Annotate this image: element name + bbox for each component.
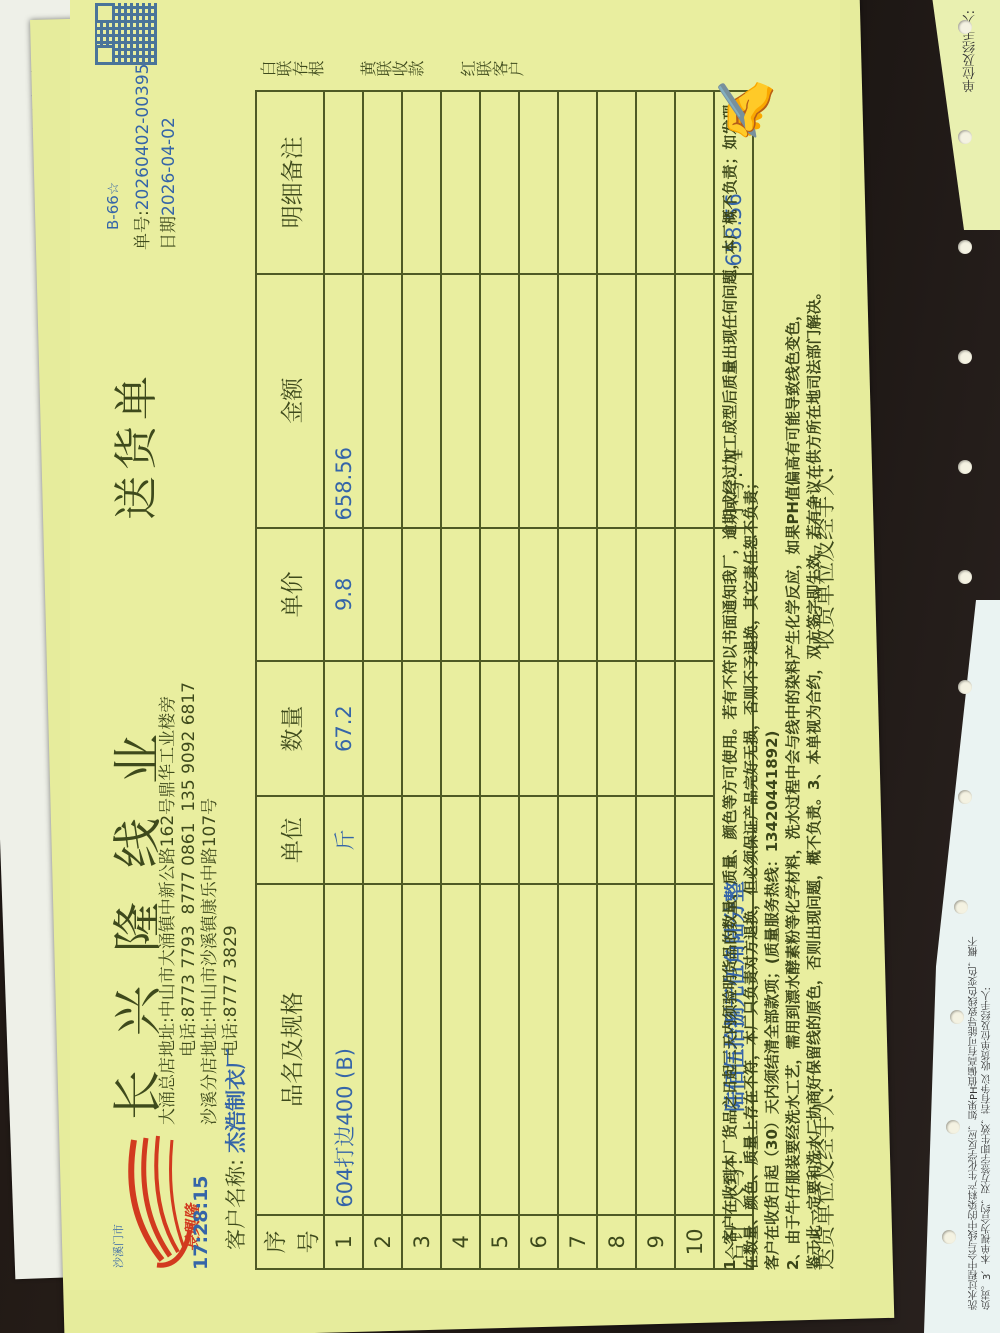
note-line: 客户在收货日起（30）天内须结清全部款项；(质量服务热线：13420441892…: [762, 90, 783, 1270]
note-line: 2、由于牛仔服装要经洗水工艺，需用到漂水酵素粉等化学材料，洗水过程中会与线中的染…: [783, 90, 804, 1270]
copy-label-yellow: 黄联收款: [360, 60, 430, 80]
item-note: [324, 91, 363, 274]
items-table: 序号 品名及规格 单位 数量 单价 金额 明细备注 1 604打边400 (B)…: [255, 90, 754, 1270]
item-name: 604打边400 (B): [324, 884, 363, 1215]
sender-signature-label: 送货单位及经手人:: [813, 1087, 838, 1270]
address-row: 大涌总店地址:中山市大涌镇中新公路162号鼎华工业楼旁: [158, 682, 179, 1125]
note-line: 1、客户在收到本厂货品之日起三天内须验明货品的数量、质量、颜色等方可使用。若有不…: [720, 90, 762, 1270]
table-row: 2: [363, 91, 402, 1269]
table-header-row: 序号 品名及规格 单位 数量 单价 金额 明细备注: [256, 91, 324, 1269]
delivery-note: 沙溪门市 長興隆 17:28:15 长兴隆线业 送货单 大涌总店地址:中山市大涌…: [70, 0, 840, 1290]
item-qty: 67.2: [324, 661, 363, 796]
qr-code-icon: [95, 3, 157, 65]
tractor-feed-holes: [950, 0, 980, 1333]
table-row: 6: [519, 91, 558, 1269]
copy-label-white: 白联存根: [260, 60, 330, 80]
table-row: 4: [441, 91, 480, 1269]
order-no-label: 单号:: [133, 210, 153, 250]
table-row: 1 604打边400 (B) 斤 67.2 9.8 658.56: [324, 91, 363, 1269]
receiver-signature-label: 收货单位及经手人:: [808, 467, 839, 650]
document-meta: B-66☆ 单号:20260402-00395 日期2026-04-02: [130, 64, 182, 250]
table-row: 7: [558, 91, 597, 1269]
table-row: 5: [480, 91, 519, 1269]
document-type: 送货单: [100, 370, 164, 520]
signature-row: 送货单位及经手人: 收货单位及经手人:: [808, 90, 839, 1270]
col-header-qty: 数量: [256, 661, 324, 796]
col-header-price: 单价: [256, 528, 324, 662]
order-no: 20260402-00395: [133, 64, 153, 211]
customer-label: 客户名称:: [224, 1159, 248, 1250]
date-value: 2026-04-02: [159, 117, 179, 216]
col-header-unit: 单位: [256, 796, 324, 884]
phone-row: 电话:8773 7793 8777 0861 135 9092 6817: [179, 682, 200, 1125]
item-unit: 斤: [324, 796, 363, 884]
table-row: 3: [402, 91, 441, 1269]
table-row: 8: [597, 91, 636, 1269]
item-amount: 658.56: [324, 274, 363, 528]
col-header-amount: 金额: [256, 274, 324, 528]
address-row: 沙溪分店地址:中山市沙溪镇康乐中路107号: [200, 682, 221, 1125]
table-row: 9: [636, 91, 675, 1269]
customer-name: 杰浩制衣厂: [224, 1048, 248, 1153]
customer-line: 客户名称:杰浩制衣厂: [220, 1048, 250, 1250]
col-header-no: 序号: [256, 1215, 324, 1269]
form-code: B-66☆: [100, 182, 126, 230]
col-header-name: 品名及规格: [256, 884, 324, 1215]
print-time: 17:28:15: [190, 1175, 212, 1270]
col-header-note: 明细备注: [256, 91, 324, 274]
copy-labels: 白联存根 黄联收款 红联客户: [260, 60, 560, 80]
date-label: 日期: [159, 216, 179, 250]
table-row: 10: [675, 91, 714, 1269]
item-price: 9.8: [324, 528, 363, 662]
copy-label-red: 红联客户: [460, 60, 530, 80]
